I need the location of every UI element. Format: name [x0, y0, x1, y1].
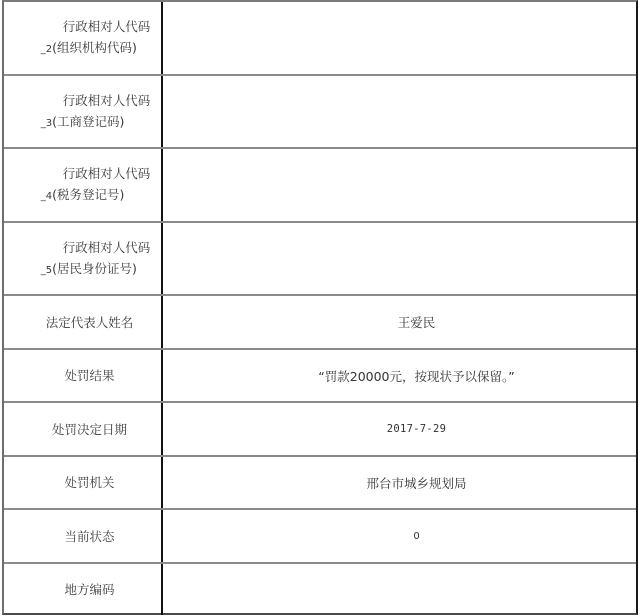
field-value-legal-representative: 王爱民	[163, 296, 636, 348]
field-label-text: 行政相对人代码 _5(居民身份证号)	[29, 237, 151, 281]
field-value-decision-date: 2017-7-29	[163, 403, 636, 455]
field-label: 地方编码	[4, 564, 163, 615]
field-value-tax-reg-number	[163, 149, 636, 221]
table-row: 行政相对人代码 _4(税务登记号)	[4, 149, 636, 223]
table-row: 法定代表人姓名 王爱民	[4, 296, 636, 350]
field-value-current-status: 0	[163, 510, 636, 562]
field-label: 行政相对人代码 _5(居民身份证号)	[4, 223, 163, 294]
field-label: 行政相对人代码 _3(工商登记码)	[4, 76, 163, 147]
table-row: 当前状态 0	[4, 510, 636, 564]
field-label-text: 行政相对人代码 _3(工商登记码)	[29, 90, 151, 134]
field-label-suffix-number: _4	[41, 191, 52, 202]
table-row: 行政相对人代码 _5(居民身份证号)	[4, 223, 636, 296]
field-label-suffix-text: (组织机构代码)	[52, 40, 137, 55]
table-row: 处罚决定日期 2017-7-29	[4, 403, 636, 457]
field-value-id-number	[163, 223, 636, 294]
field-label: 处罚机关	[4, 457, 163, 508]
field-label: 处罚决定日期	[4, 403, 163, 455]
table-row: 处罚结果 “罚款20000元，按现状予以保留。”	[4, 350, 636, 403]
field-label: 当前状态	[4, 510, 163, 562]
table-row: 地方编码	[4, 564, 636, 615]
field-label-text: 行政相对人代码 _2(组织机构代码)	[29, 16, 151, 60]
field-label-suffix-number: _3	[41, 118, 52, 129]
field-label-suffix-text: (居民身份证号)	[52, 261, 137, 276]
record-detail-table: 行政相对人代码 _2(组织机构代码) 行政相对人代码 _3(工商登记码) 行政相…	[2, 0, 638, 615]
field-label-line2: _2(组织机构代码)	[41, 37, 151, 60]
field-label: 行政相对人代码 _4(税务登记号)	[4, 149, 163, 221]
field-label-suffix-text: (税务登记号)	[52, 187, 124, 202]
field-label-line2: _5(居民身份证号)	[41, 258, 151, 281]
field-label-line1: 行政相对人代码	[41, 163, 151, 184]
field-value-penalty-result: “罚款20000元，按现状予以保留。”	[163, 350, 636, 401]
field-value-business-reg-code	[163, 76, 636, 147]
field-label: 处罚结果	[4, 350, 163, 401]
field-label-suffix-text: (工商登记码)	[52, 114, 124, 129]
field-label-line2: _4(税务登记号)	[41, 184, 151, 207]
field-label-suffix-number: _2	[41, 44, 52, 55]
field-value-local-code	[163, 564, 636, 615]
field-label-suffix-number: _5	[41, 265, 52, 276]
field-label: 行政相对人代码 _2(组织机构代码)	[4, 2, 163, 74]
field-value-org-code	[163, 2, 636, 74]
table-row: 行政相对人代码 _3(工商登记码)	[4, 76, 636, 149]
field-label-line1: 行政相对人代码	[41, 237, 151, 258]
field-label-line1: 行政相对人代码	[41, 16, 151, 37]
field-label-text: 行政相对人代码 _4(税务登记号)	[29, 163, 151, 207]
field-label-line1: 行政相对人代码	[41, 90, 151, 111]
field-value-penalty-authority: 邢台市城乡规划局	[163, 457, 636, 508]
table-row: 处罚机关 邢台市城乡规划局	[4, 457, 636, 510]
field-label-line2: _3(工商登记码)	[41, 111, 151, 134]
table-row: 行政相对人代码 _2(组织机构代码)	[4, 2, 636, 76]
field-label: 法定代表人姓名	[4, 296, 163, 348]
